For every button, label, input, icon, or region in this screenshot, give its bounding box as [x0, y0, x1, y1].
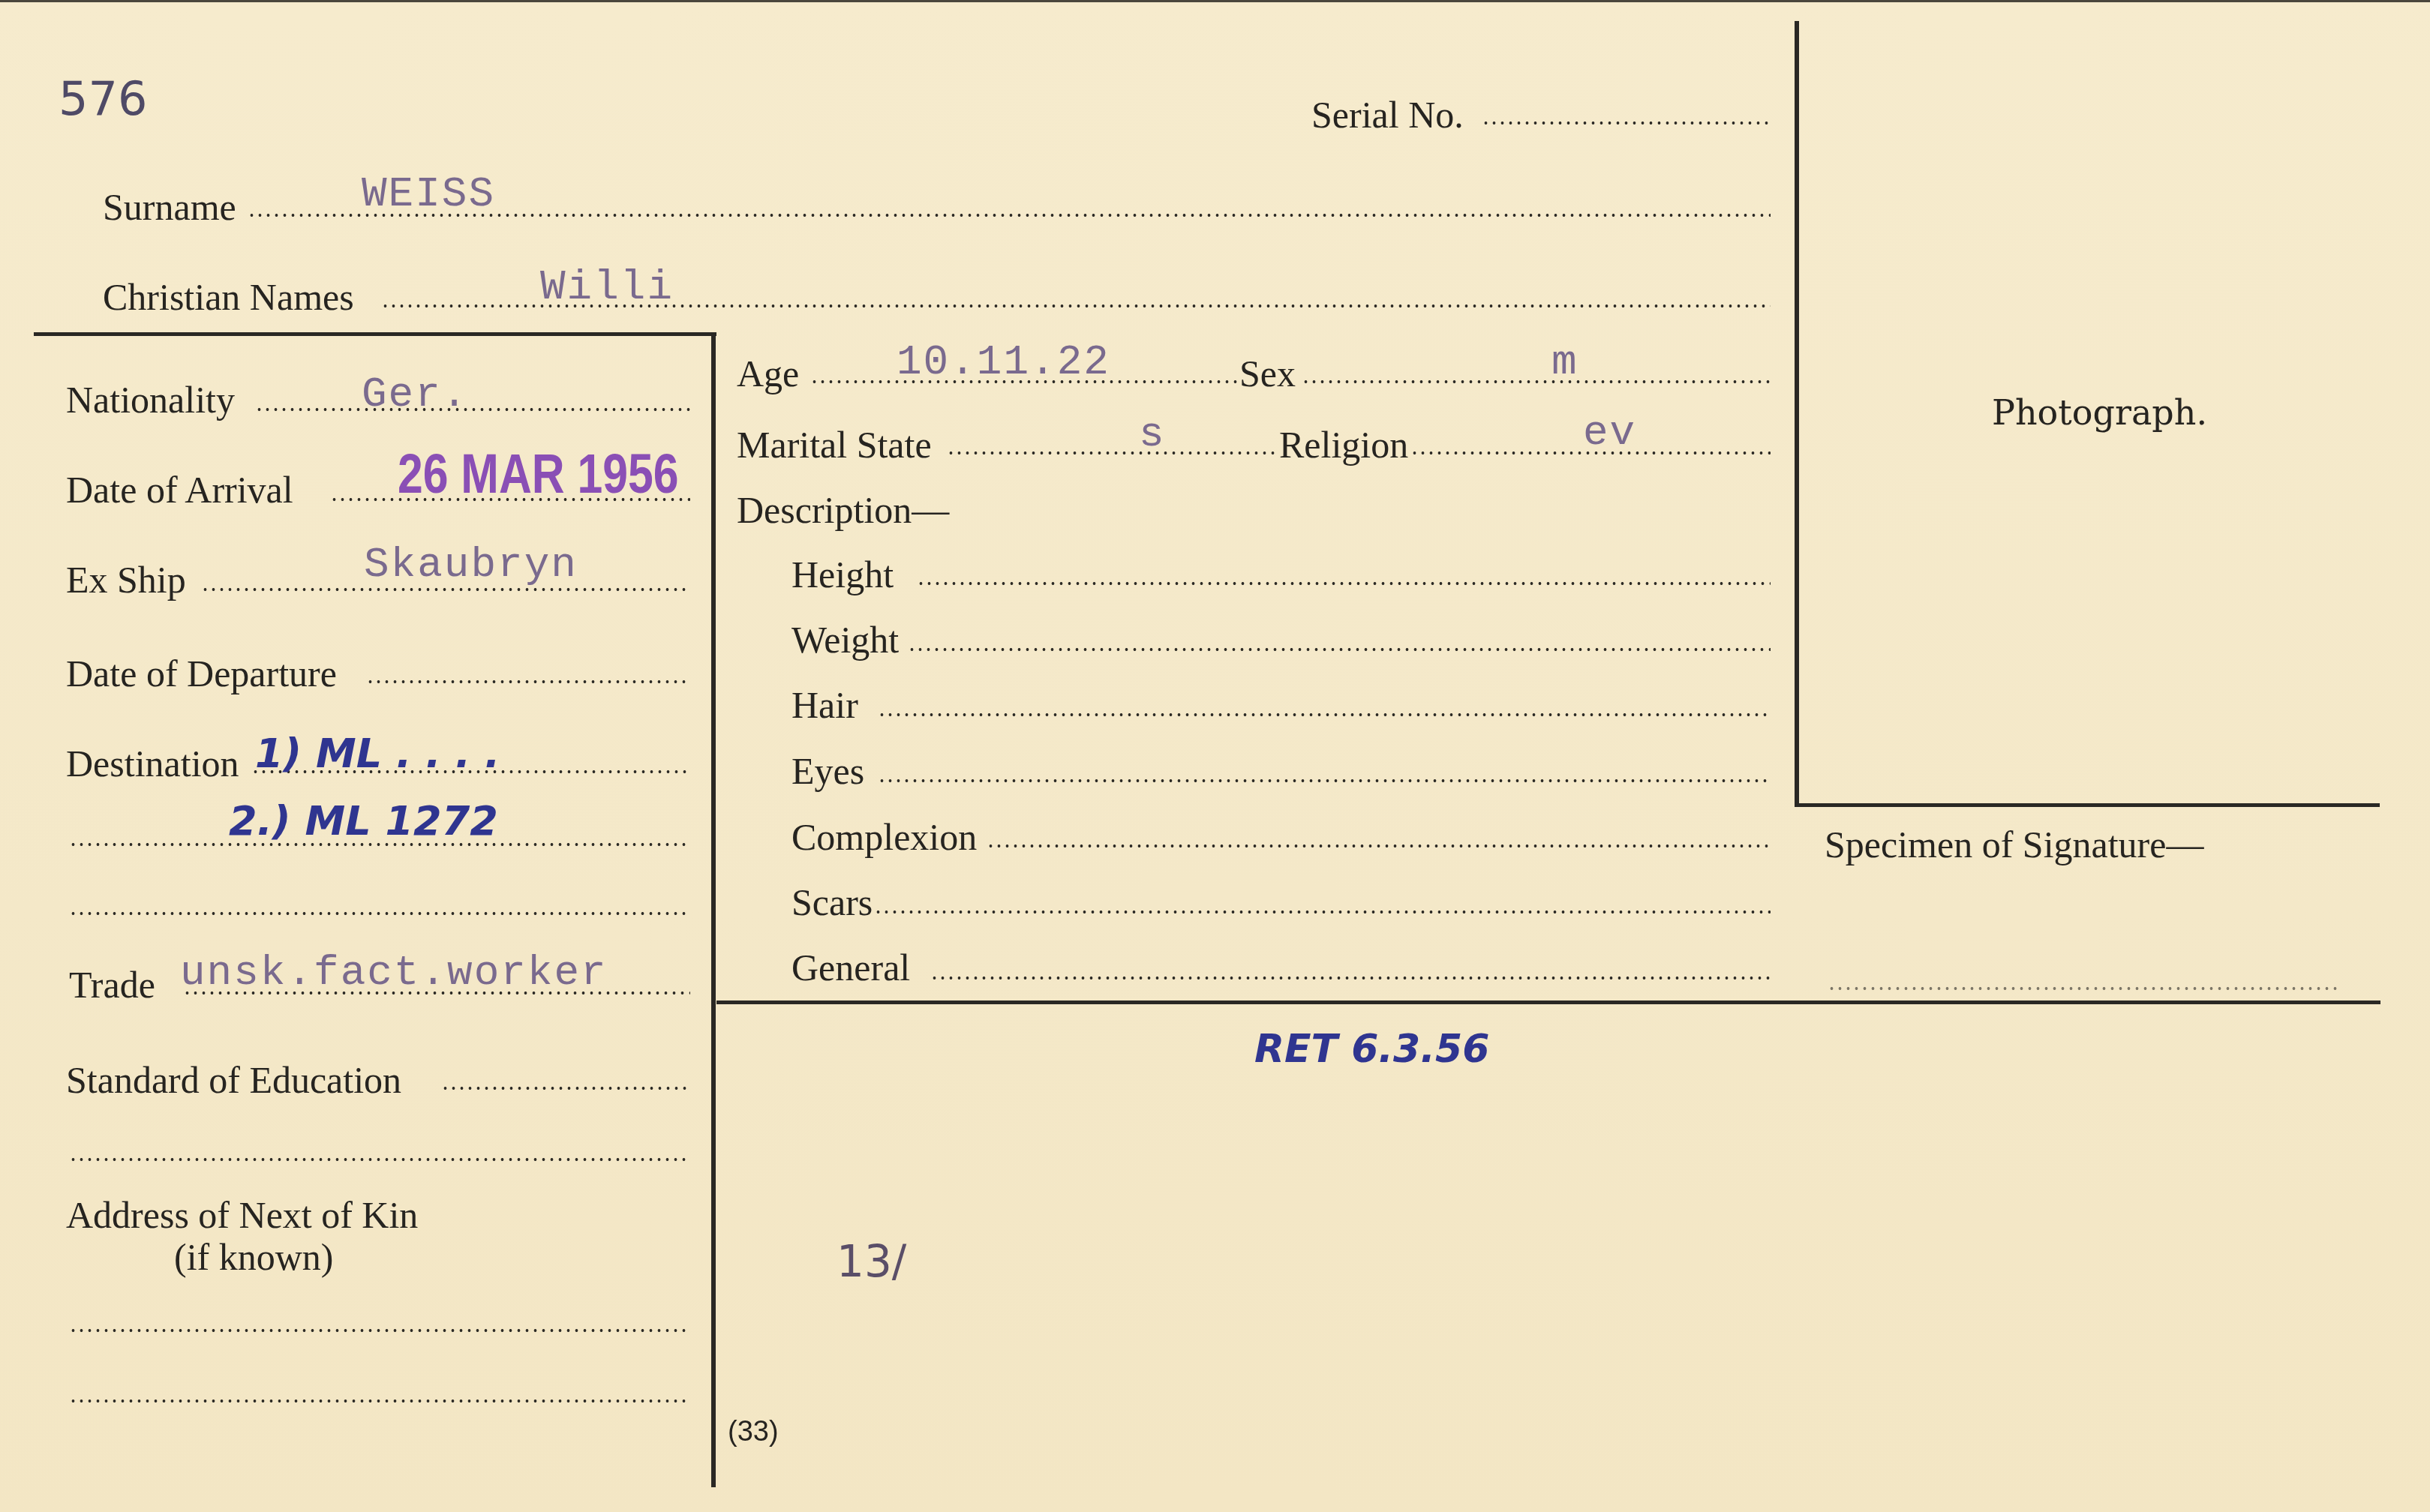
hair-label: Hair [791, 686, 858, 724]
trade-label: Trade [69, 966, 155, 1003]
christian-names-value: Willi [540, 266, 674, 308]
standard-of-education-field[interactable] [441, 1086, 690, 1090]
ex-ship-label: Ex Ship [66, 561, 186, 598]
date-of-arrival-stamp: 26 MAR 1956 [398, 446, 678, 502]
column-divider-rule [711, 332, 716, 1487]
complexion-field[interactable] [987, 844, 1771, 848]
photograph-area [1799, 25, 2377, 802]
trade-value: unsk.fact.worker [180, 952, 608, 994]
marital-state-value: s [1139, 413, 1166, 455]
nationality-value: Ger. [362, 373, 468, 415]
surname-label: Surname [103, 188, 236, 226]
photo-box-bottom-rule [1795, 803, 2380, 807]
weight-label: Weight [791, 621, 899, 658]
signature-label: Specimen of Signature— [1825, 826, 2203, 863]
form-number: (33) [728, 1416, 779, 1448]
next-of-kin-sublabel: (if known) [174, 1238, 333, 1276]
file-number: 576 [59, 76, 147, 122]
ret-note: RET 6.3.56 [1254, 1030, 1489, 1069]
next-of-kin-field-2[interactable] [69, 1399, 690, 1403]
signature-field[interactable] [1828, 986, 2338, 991]
complexion-label: Complexion [791, 818, 977, 856]
date-of-arrival-label: Date of Arrival [66, 471, 293, 508]
destination-label: Destination [66, 745, 239, 782]
destination-value-1: 1) ML . . . . [255, 733, 500, 774]
age-value: 10.11.22 [897, 341, 1110, 383]
marital-state-field[interactable] [947, 451, 1277, 455]
religion-label: Religion [1279, 426, 1408, 463]
eyes-field[interactable] [878, 778, 1771, 783]
height-field[interactable] [917, 581, 1771, 586]
standard-of-education-label: Standard of Education [66, 1061, 401, 1099]
date-of-departure-field[interactable] [366, 679, 690, 684]
description-label: Description— [737, 491, 949, 529]
nationality-label: Nationality [66, 381, 235, 418]
date-of-departure-label: Date of Departure [66, 655, 337, 692]
scars-label: Scars [791, 883, 873, 921]
religion-value: ev [1583, 412, 1636, 454]
serial-no-field[interactable] [1482, 121, 1771, 125]
nationality-field[interactable] [255, 407, 690, 412]
destination-value-2: 2.) ML 1272 [229, 801, 498, 841]
eyes-label: Eyes [791, 752, 864, 790]
scars-field[interactable] [874, 910, 1771, 914]
surname-value: WEISS [362, 173, 495, 215]
christian-names-label: Christian Names [103, 278, 354, 316]
next-of-kin-field-1[interactable] [69, 1328, 690, 1333]
hair-field[interactable] [878, 712, 1771, 717]
sex-value: m [1551, 341, 1578, 383]
general-label: General [791, 949, 910, 986]
general-field[interactable] [930, 976, 1771, 980]
height-label: Height [791, 556, 894, 593]
registration-card: 576 Serial No. Surname WEISS Christian N… [0, 0, 2430, 1512]
left-box-top-rule [34, 332, 716, 336]
next-of-kin-label: Address of Next of Kin [66, 1196, 418, 1234]
ex-ship-value: Skaubryn [364, 544, 578, 586]
serial-no-label: Serial No. [1311, 96, 1464, 133]
weight-field[interactable] [908, 647, 1771, 652]
sex-field[interactable] [1302, 379, 1771, 384]
sex-label: Sex [1239, 355, 1296, 392]
description-bottom-rule [716, 1000, 2380, 1004]
pencil-note: 13/ [837, 1240, 906, 1283]
standard-of-education-field-2[interactable] [69, 1157, 690, 1162]
destination-field-3[interactable] [69, 911, 690, 916]
age-label: Age [737, 355, 799, 392]
marital-state-label: Marital State [737, 426, 932, 463]
